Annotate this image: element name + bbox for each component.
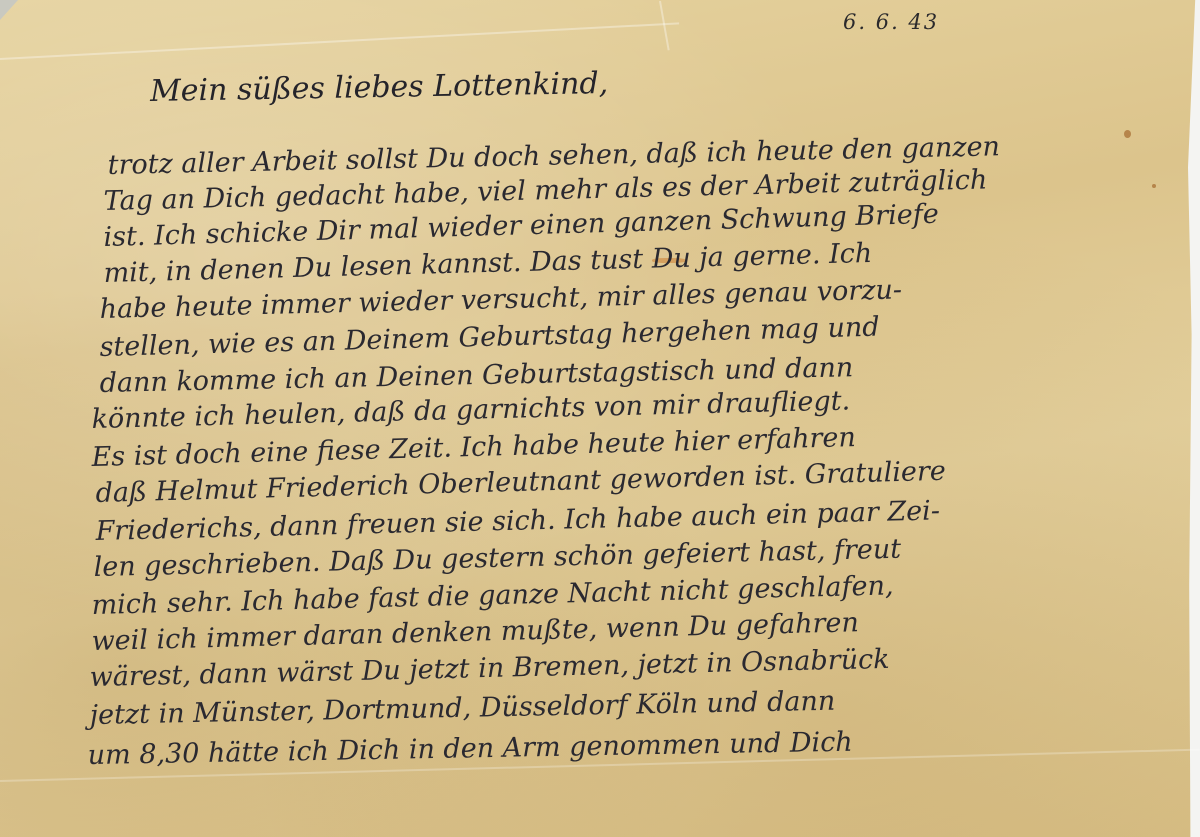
torn-right-edge [1188,0,1200,837]
paper-crease [0,22,679,60]
letter-date: 6. 6. 43 [843,10,939,34]
letter-line: jetzt in Münster, Dortmund, Düsseldorf K… [89,686,835,731]
letter-line: um 8,30 hätte ich Dich in den Arm genomm… [87,727,852,771]
letter-salutation: Mein süßes liebes Lottenkind, [150,66,609,109]
paper-tear [659,1,670,51]
torn-corner [0,0,18,20]
ink-stain [1124,130,1131,138]
ink-stain [1152,184,1156,188]
letter-page: 6. 6. 43 Mein süßes liebes Lottenkind, t… [0,0,1200,837]
